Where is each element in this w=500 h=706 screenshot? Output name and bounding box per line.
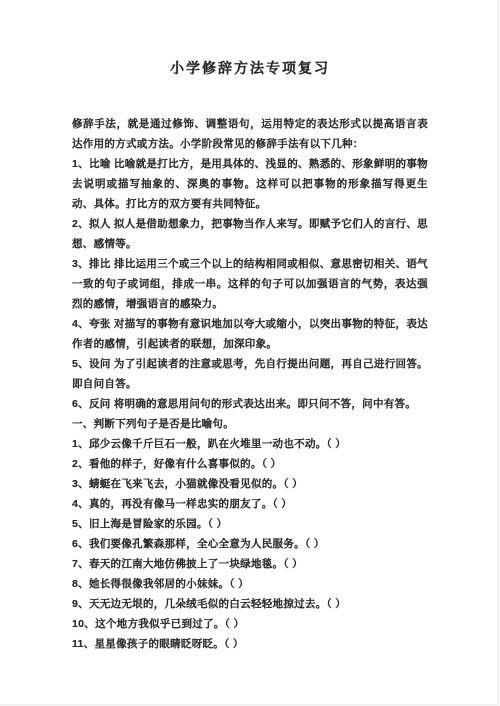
- exercise-item-11: 11、星星像孩子的眼睛眨呀眨。（ ）: [72, 634, 428, 654]
- exercise-item-7: 7、春天的江南大地仿佛披上了一块绿地毯。（ ）: [72, 554, 428, 574]
- exercise-item-6: 6、我们要像孔繁森那样，全心全意为人民服务。（ ）: [72, 534, 428, 554]
- method-item-personification: 2、拟人 拟人是借助想象力，把事物当作人来写。即赋予它们人的言行、思想、感情等。: [72, 214, 428, 254]
- method-item-rhetorical-question: 6、反问 将明确的意思用问句的形式表达出来。即只问不答，问中有答。: [72, 394, 428, 414]
- exercise-item-9: 9、天无边无垠的，几朵绒毛似的白云轻轻地掠过去。（ ）: [72, 594, 428, 614]
- page-title: 小学修辞方法专项复习: [72, 58, 428, 78]
- method-item-metaphor: 1、比喻 比喻就是打比方，是用具体的、浅显的、熟悉的、形象鲜明的事物去说明或描写…: [72, 154, 428, 214]
- exercise-item-8: 8、她长得很像我邻居的小妹妹。（ ）: [72, 574, 428, 594]
- exercise-item-4: 4、真的，再没有像马一样忠实的朋友了。（ ）: [72, 494, 428, 514]
- screenshot-canvas: 小学修辞方法专项复习 修辞手法，就是通过修饰、调整语句，运用特定的表达形式以提高…: [0, 0, 500, 706]
- exercise-item-1: 1、邱少云像千斤巨石一般，趴在火堆里一动也不动。（ ）: [72, 434, 428, 454]
- document-content: 小学修辞方法专项复习 修辞手法，就是通过修饰、调整语句，运用特定的表达形式以提高…: [72, 58, 428, 654]
- section-heading: 一、判断下列句子是否是比喻句。: [72, 414, 428, 434]
- method-item-hyperbole: 4、夸张 对描写的事物有意识地加以夸大或缩小，以突出事物的特征，表达作者的感情，…: [72, 314, 428, 354]
- exercise-item-3: 3、蜻蜓在飞来飞去，小猫就像没看见似的。（ ）: [72, 474, 428, 494]
- exercise-item-10: 10、这个地方我似乎已到过了。（ ）: [72, 614, 428, 634]
- document-page: 小学修辞方法专项复习 修辞手法，就是通过修饰、调整语句，运用特定的表达形式以提高…: [0, 0, 499, 705]
- exercise-item-5: 5、旧上海是冒险家的乐园。（ ）: [72, 514, 428, 534]
- exercise-item-2: 2、看他的样子，好像有什么喜事似的。（ ）: [72, 454, 428, 474]
- method-item-parallelism: 3、排比 排比运用三个或三个以上的结构相同或相似、意思密切相关、语气一致的句子或…: [72, 254, 428, 314]
- intro-paragraph: 修辞手法，就是通过修饰、调整语句，运用特定的表达形式以提高语言表达作用的方式或方…: [72, 114, 428, 154]
- method-item-rhetorical-ask-answer: 5、设问 为了引起读者的注意或思考，先自行提出问题，再自己进行回答。即自问自答。: [72, 354, 428, 394]
